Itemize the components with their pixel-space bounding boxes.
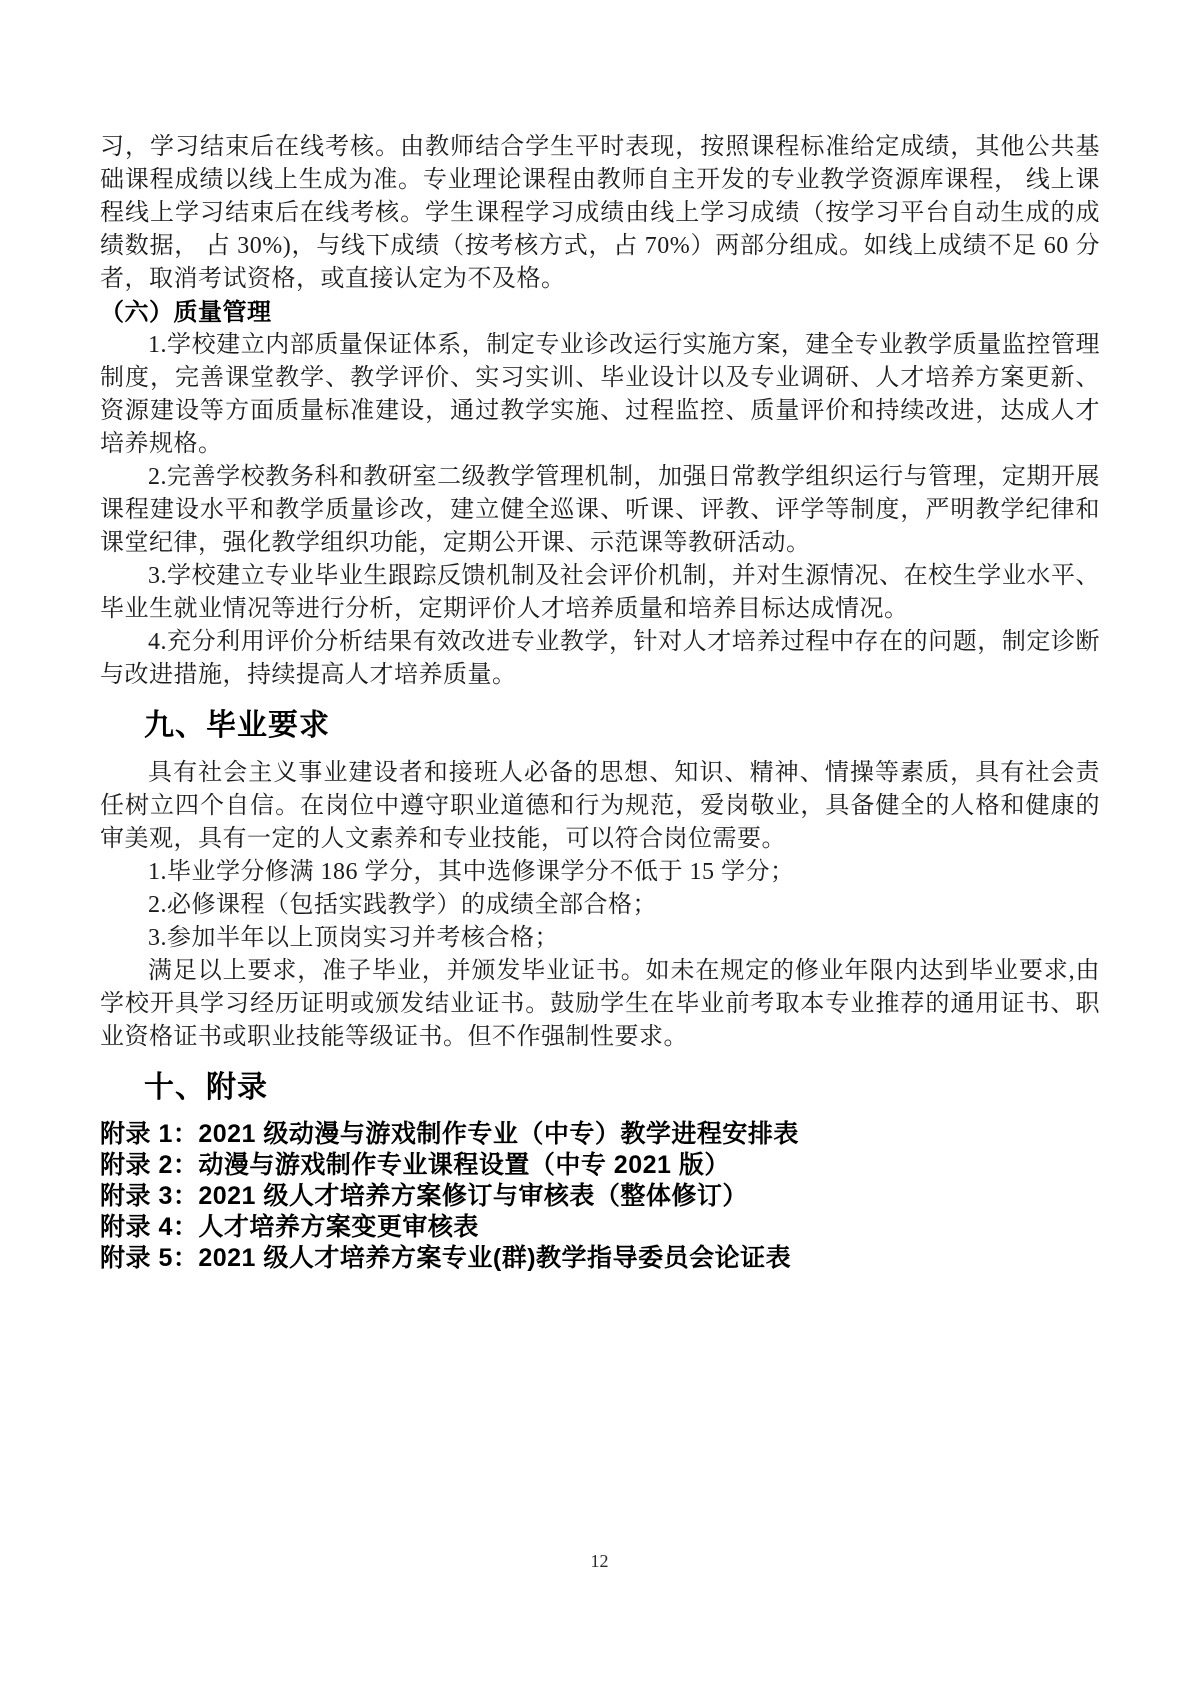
document-page: 习，学习结束后在线考核。由教师结合学生平时表现，按照课程标准给定成绩，其他公共基…: [0, 0, 1199, 1696]
section-6-item-4: 4.充分利用评价分析结果有效改进专业教学，针对人才培养过程中存在的问题，制定诊断…: [100, 626, 1100, 692]
appendix-item-2: 附录 2：动漫与游戏制作专业课程设置（中专 2021 版）: [100, 1150, 1100, 1181]
page-content: 习，学习结束后在线考核。由教师结合学生平时表现，按照课程标准给定成绩，其他公共基…: [100, 131, 1100, 1274]
paragraph-continued: 习，学习结束后在线考核。由教师结合学生平时表现，按照课程标准给定成绩，其他公共基…: [100, 131, 1100, 296]
appendix-item-4: 附录 4：人才培养方案变更审核表: [100, 1212, 1100, 1243]
section-6-heading: （六）质量管理: [100, 296, 1100, 329]
section-6-item-2: 2.完善学校教务科和教研室二级教学管理机制，加强日常教学组织运行与管理，定期开展…: [100, 461, 1100, 560]
appendix-item-5: 附录 5：2021 级人才培养方案专业(群)教学指导委员会论证表: [100, 1243, 1100, 1274]
section-9-intro: 具有社会主义事业建设者和接班人必备的思想、知识、精神、情操等素质，具有社会责任树…: [100, 757, 1100, 856]
section-9-heading: 九、毕业要求: [100, 705, 1100, 747]
section-10-heading: 十、附录: [100, 1067, 1100, 1109]
section-6-item-3: 3.学校建立专业毕业生跟踪反馈机制及社会评价机制，并对生源情况、在校生学业水平、…: [100, 560, 1100, 626]
appendix-item-1: 附录 1：2021 级动漫与游戏制作专业（中专）教学进程安排表: [100, 1119, 1100, 1150]
section-9-requirement-1: 1.毕业学分修满 186 学分，其中选修课学分不低于 15 学分；: [100, 856, 1100, 889]
section-9-requirement-2: 2.必修课程（包括实践教学）的成绩全部合格；: [100, 889, 1100, 922]
section-9-closing: 满足以上要求，准子毕业，并颁发毕业证书。如未在规定的修业年限内达到毕业要求,由学…: [100, 955, 1100, 1054]
appendix-item-3: 附录 3：2021 级人才培养方案修订与审核表（整体修订）: [100, 1181, 1100, 1212]
section-9-requirement-3: 3.参加半年以上顶岗实习并考核合格；: [100, 922, 1100, 955]
page-number: 12: [0, 1550, 1199, 1572]
section-6-item-1: 1.学校建立内部质量保证体系，制定专业诊改运行实施方案，建全专业教学质量监控管理…: [100, 329, 1100, 461]
appendix-list: 附录 1：2021 级动漫与游戏制作专业（中专）教学进程安排表 附录 2：动漫与…: [100, 1119, 1100, 1274]
